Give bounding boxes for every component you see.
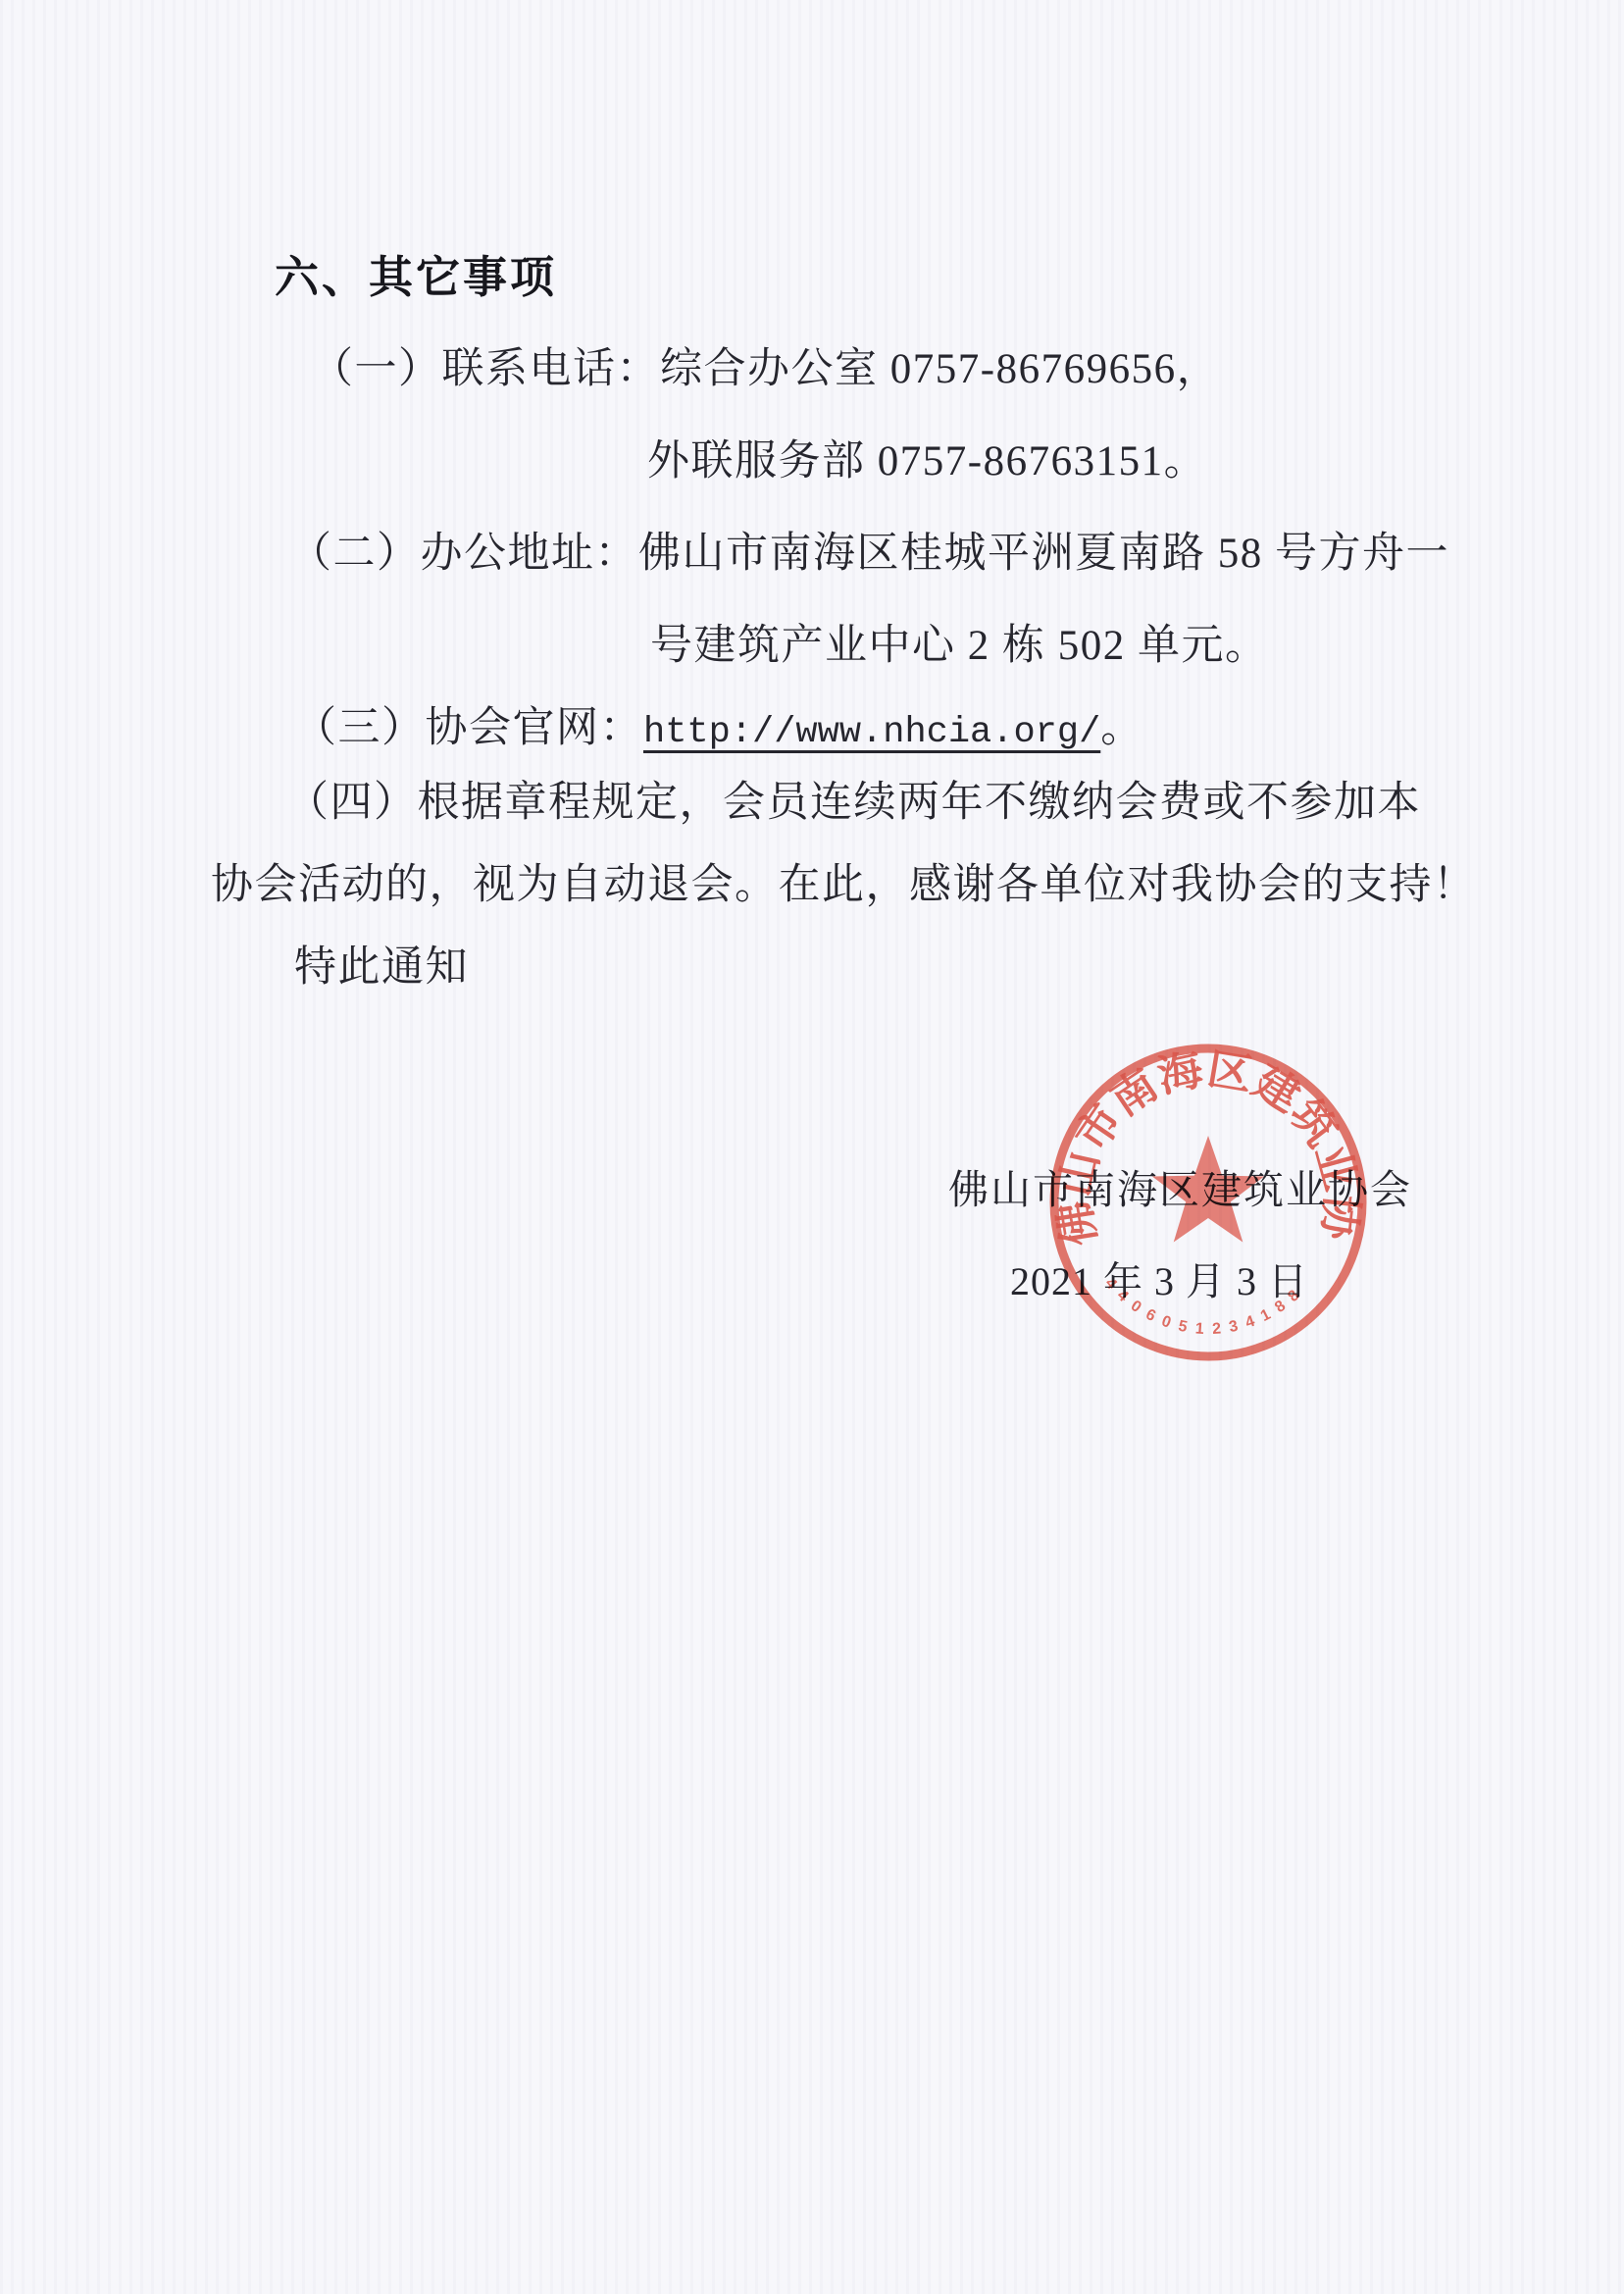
website-label: （三）协会官网： <box>294 705 643 751</box>
membership-rule-line-1: （四）根据章程规定，会员连续两年不缴纳会费或不参加本 <box>286 779 1421 827</box>
signature-date: 2021 年 3 月 3 日 <box>1010 1259 1308 1304</box>
office-address-line-2: 号建筑产业中心 2 栋 502 单元。 <box>650 622 1269 670</box>
office-address-line-1: （二）办公地址：佛山市南海区桂城平洲夏南路 58 号方舟一 <box>289 530 1449 578</box>
website-line-period: 。 <box>1100 705 1144 751</box>
seal-ring-text: 佛山市南海区建筑业协会 <box>1041 1036 1366 1249</box>
section-heading: 六、其它事项 <box>275 253 557 302</box>
contact-phone-line-2: 外联服务部 0757-86763151。 <box>647 437 1207 485</box>
website-link[interactable]: http://www.nhcia.org/ <box>643 712 1100 753</box>
website-line: （三）协会官网：http://www.nhcia.org/。 <box>294 704 1144 754</box>
contact-phone-line-1: （一）联系电话：综合办公室 0757-86769656， <box>311 345 1220 393</box>
signature-org: 佛山市南海区建筑业协会 <box>948 1167 1412 1213</box>
closing-notice: 特此通知 <box>294 943 469 992</box>
membership-rule-line-2: 协会活动的，视为自动退会。在此，感谢各单位对我协会的支持！ <box>211 861 1477 909</box>
scanned-notice-page: 六、其它事项 （一）联系电话：综合办公室 0757-86769656， 外联服务… <box>0 0 1624 2294</box>
